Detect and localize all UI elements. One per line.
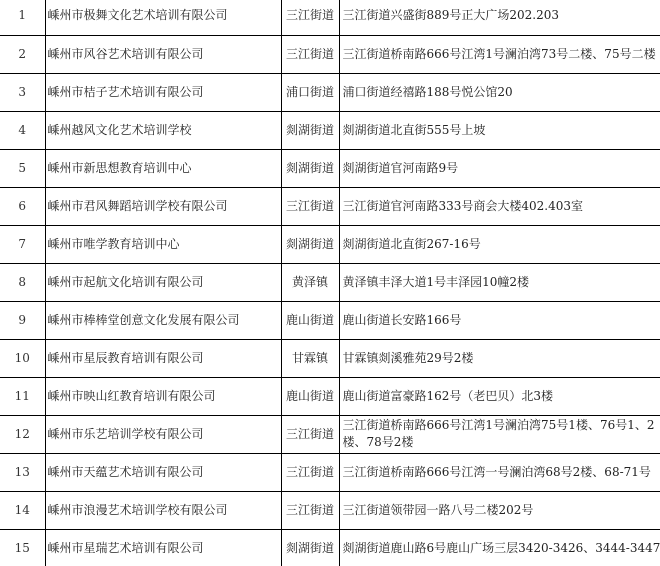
street-cell: 黄泽镇: [281, 263, 339, 301]
table-row: 14嵊州市浪漫艺术培训学校有限公司三江街道三江街道领带园一路八号二楼202号: [0, 491, 660, 529]
row-index-cell: 6: [0, 187, 45, 225]
row-index-cell: 4: [0, 111, 45, 149]
table-row: 11嵊州市映山红教育培训有限公司鹿山街道鹿山街道富豪路162号（老巴贝）北3楼: [0, 377, 660, 415]
row-index-cell: 3: [0, 73, 45, 111]
institution-name-cell: 嵊州市风谷艺术培训有限公司: [45, 35, 281, 73]
address-cell: 剡湖街道鹿山路6号鹿山广场三层3420-3426、3444-3447: [339, 529, 660, 566]
street-cell: 甘霖镇: [281, 339, 339, 377]
street-cell: 剡湖街道: [281, 111, 339, 149]
row-index-cell: 13: [0, 453, 45, 491]
row-index-cell: 14: [0, 491, 45, 529]
row-index-cell: 12: [0, 415, 45, 453]
address-cell: 浦口街道经禧路188号悦公馆20: [339, 73, 660, 111]
table-row: 10嵊州市星辰教育培训有限公司甘霖镇甘霖镇剡溪雅苑29号2楼: [0, 339, 660, 377]
row-index-cell: 7: [0, 225, 45, 263]
institution-name-cell: 嵊州越风文化艺术培训学校: [45, 111, 281, 149]
table-row: 9嵊州市棒棒堂创意文化发展有限公司鹿山街道鹿山街道长安路166号: [0, 301, 660, 339]
table-row: 6嵊州市君风舞蹈培训学校有限公司三江街道三江街道官河南路333号商会大楼402.…: [0, 187, 660, 225]
institution-name-cell: 嵊州市天蕴艺术培训有限公司: [45, 453, 281, 491]
institution-name-cell: 嵊州市星辰教育培训有限公司: [45, 339, 281, 377]
street-cell: 三江街道: [281, 35, 339, 73]
street-cell: 浦口街道: [281, 73, 339, 111]
address-cell: 剡湖街道北直街267-16号: [339, 225, 660, 263]
table-row: 13嵊州市天蕴艺术培训有限公司三江街道三江街道桥南路666号江湾一号澜泊湾68号…: [0, 453, 660, 491]
table-row: 2嵊州市风谷艺术培训有限公司三江街道三江街道桥南路666号江湾1号澜泊湾73号二…: [0, 35, 660, 73]
street-cell: 剡湖街道: [281, 149, 339, 187]
address-cell: 三江街道桥南路666号江湾一号澜泊湾68号2楼、68-71号: [339, 453, 660, 491]
table-row: 3嵊州市桔子艺术培训有限公司浦口街道浦口街道经禧路188号悦公馆20: [0, 73, 660, 111]
street-cell: 剡湖街道: [281, 225, 339, 263]
address-cell: 三江街道兴盛街889号正大广场202.203: [339, 0, 660, 35]
address-cell: 黄泽镇丰泽大道1号丰泽园10幢2楼: [339, 263, 660, 301]
address-cell: 鹿山街道富豪路162号（老巴贝）北3楼: [339, 377, 660, 415]
address-cell: 三江街道领带园一路八号二楼202号: [339, 491, 660, 529]
address-cell: 三江街道桥南路666号江湾1号澜泊湾73号二楼、75号二楼: [339, 35, 660, 73]
row-index-cell: 9: [0, 301, 45, 339]
table-row: 8嵊州市起航文化培训有限公司黄泽镇黄泽镇丰泽大道1号丰泽园10幢2楼: [0, 263, 660, 301]
street-cell: 剡湖街道: [281, 529, 339, 566]
address-cell: 鹿山街道长安路166号: [339, 301, 660, 339]
address-cell: 剡湖街道北直街555号上坡: [339, 111, 660, 149]
table-row: 12嵊州市乐艺培训学校有限公司三江街道三江街道桥南路666号江湾1号澜泊湾75号…: [0, 415, 660, 453]
institution-table: 1嵊州市极舞文化艺术培训有限公司三江街道三江街道兴盛街889号正大广场202.2…: [0, 0, 660, 566]
institution-name-cell: 嵊州市极舞文化艺术培训有限公司: [45, 0, 281, 35]
institution-name-cell: 嵊州市起航文化培训有限公司: [45, 263, 281, 301]
street-cell: 鹿山街道: [281, 377, 339, 415]
institution-table-container: 1嵊州市极舞文化艺术培训有限公司三江街道三江街道兴盛街889号正大广场202.2…: [0, 0, 660, 566]
row-index-cell: 5: [0, 149, 45, 187]
institution-name-cell: 嵊州市乐艺培训学校有限公司: [45, 415, 281, 453]
table-row: 5嵊州市新思想教育培训中心剡湖街道剡湖街道官河南路9号: [0, 149, 660, 187]
row-index-cell: 15: [0, 529, 45, 566]
street-cell: 三江街道: [281, 453, 339, 491]
row-index-cell: 11: [0, 377, 45, 415]
row-index-cell: 10: [0, 339, 45, 377]
table-body: 1嵊州市极舞文化艺术培训有限公司三江街道三江街道兴盛街889号正大广场202.2…: [0, 0, 660, 566]
address-cell: 剡湖街道官河南路9号: [339, 149, 660, 187]
institution-name-cell: 嵊州市新思想教育培训中心: [45, 149, 281, 187]
institution-name-cell: 嵊州市浪漫艺术培训学校有限公司: [45, 491, 281, 529]
address-cell: 三江街道桥南路666号江湾1号澜泊湾75号1楼、76号1、2楼、78号2楼: [339, 415, 660, 453]
street-cell: 三江街道: [281, 415, 339, 453]
institution-name-cell: 嵊州市星瑞艺术培训有限公司: [45, 529, 281, 566]
table-row: 1嵊州市极舞文化艺术培训有限公司三江街道三江街道兴盛街889号正大广场202.2…: [0, 0, 660, 35]
institution-name-cell: 嵊州市君风舞蹈培训学校有限公司: [45, 187, 281, 225]
street-cell: 鹿山街道: [281, 301, 339, 339]
street-cell: 三江街道: [281, 187, 339, 225]
institution-name-cell: 嵊州市桔子艺术培训有限公司: [45, 73, 281, 111]
row-index-cell: 8: [0, 263, 45, 301]
table-row: 4嵊州越风文化艺术培训学校剡湖街道剡湖街道北直街555号上坡: [0, 111, 660, 149]
row-index-cell: 1: [0, 0, 45, 35]
address-cell: 甘霖镇剡溪雅苑29号2楼: [339, 339, 660, 377]
street-cell: 三江街道: [281, 0, 339, 35]
table-row: 7嵊州市唯学教育培训中心剡湖街道剡湖街道北直街267-16号: [0, 225, 660, 263]
address-cell: 三江街道官河南路333号商会大楼402.403室: [339, 187, 660, 225]
street-cell: 三江街道: [281, 491, 339, 529]
institution-name-cell: 嵊州市唯学教育培训中心: [45, 225, 281, 263]
table-row: 15嵊州市星瑞艺术培训有限公司剡湖街道剡湖街道鹿山路6号鹿山广场三层3420-3…: [0, 529, 660, 566]
institution-name-cell: 嵊州市映山红教育培训有限公司: [45, 377, 281, 415]
row-index-cell: 2: [0, 35, 45, 73]
institution-name-cell: 嵊州市棒棒堂创意文化发展有限公司: [45, 301, 281, 339]
